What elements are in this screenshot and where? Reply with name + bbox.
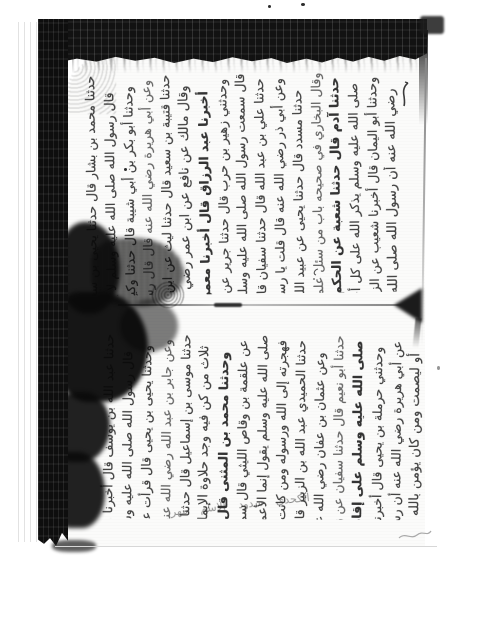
toner-speck (268, 5, 271, 8)
lower-page-text-block: حدثنا عبد الله بن يوسف قال أخبرنا مالك ع… (98, 330, 426, 520)
manuscript-text-line: حدثنا موسى بن إسماعيل قال حدثنا وهيب قال… (175, 331, 195, 519)
scanner-streaks (18, 22, 38, 542)
corner-pen-mark (396, 80, 414, 108)
manuscript-text-line: وعن جابر بن عبد الله رضي الله عنهما قال … (156, 330, 176, 518)
edge-signature-squiggle (397, 527, 433, 543)
manuscript-text-line: عن أبي هريرة رضي الله عنه أن رسول الله ص… (386, 332, 406, 520)
top-edge-speckle (72, 54, 420, 76)
manuscript-text-line: أو ليصمت ومن كان يؤمن بالله واليوم الآخر… (405, 332, 425, 520)
manuscript-text-line: صلى الله عليه وسلم يقول إنما الأعمال بال… (251, 331, 271, 519)
photocopy-corner-patch (420, 16, 444, 34)
paper-crease-line (55, 546, 437, 547)
toner-speck (124, 168, 127, 171)
manuscript-scan: حدثنا محمد بن بشار قال حدثنا يحيى بن سعي… (0, 0, 480, 640)
manuscript-text-line: فهجرته إلى الله ورسوله ومن كانت هجرته لد… (271, 331, 291, 519)
manuscript-text-line: صلى الله عليه وسلم على إقام الصلاة وإيتا… (347, 332, 367, 520)
manuscript-text-line: وحدثنا محمد بن المثنى قال حدثنا عبد الوه… (213, 331, 233, 519)
manuscript-text-line: حدثنا أبو نعيم قال حدثنا سفيان عن زياد ب… (328, 332, 348, 520)
gutter-pen-mark (308, 266, 324, 284)
photocopy-border-left (38, 19, 68, 546)
gutter-ink-dash (214, 303, 242, 307)
ink-spray (150, 282, 186, 308)
manuscript-text-line: وحدثني حرملة بن يحيى قال أخبرنا ابن وهب … (367, 332, 387, 520)
toner-speck (301, 3, 305, 6)
toner-speck (437, 366, 440, 370)
manuscript-text-line: عن علقمة بن وقاص الليثي قال سمعت عمر بن … (232, 331, 252, 519)
manuscript-text-line: وعن عثمان بن عفان رضي الله عنه قال قال ر… (309, 331, 329, 519)
manuscript-text-line: ثلاث من كن فيه وجد حلاوة الإيمان أن يكون… (194, 331, 214, 519)
